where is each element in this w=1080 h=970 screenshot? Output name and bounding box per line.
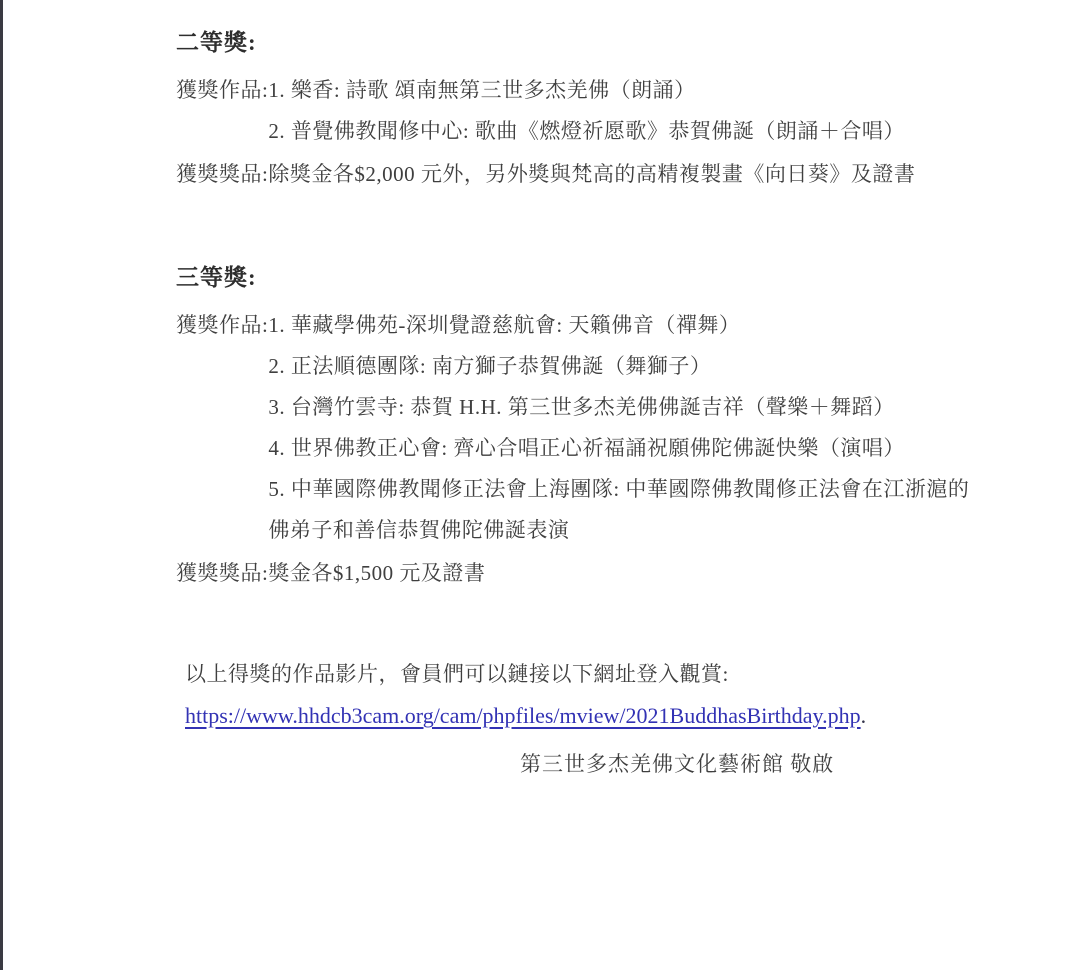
works-label: 獲獎作品: <box>176 70 268 111</box>
viewing-instructions: 以上得獎的作品影片，會員們可以鏈接以下網址登入觀賞: <box>176 654 980 695</box>
prize-label: 獲獎獎品: <box>176 553 268 594</box>
third-prize-description-wrap: 獎金各$1,500 元及證書 <box>268 553 980 594</box>
award-work-item: 1. 華藏學佛苑-深圳覺證慈航會: 天籟佛音（禪舞） <box>268 305 980 346</box>
works-label: 獲獎作品: <box>176 305 268 346</box>
second-prize-works-row: 獲獎作品: 1. 樂香: 詩歌 頌南無第三世多杰羌佛（朗誦） 2. 普覺佛教聞修… <box>176 70 980 152</box>
third-prize-heading: 三等獎: <box>176 263 980 293</box>
second-prize-heading: 二等獎: <box>176 28 980 58</box>
award-work-item: 2. 普覺佛教聞修中心: 歌曲《燃燈祈愿歌》恭賀佛誕（朗誦＋合唱） <box>268 111 980 152</box>
second-prize-prize-row: 獲獎獎品: 除獎金各$2,000 元外，另外獎與梵高的高精複製畫《向日葵》及證書 <box>176 154 980 195</box>
second-prize-works-list: 1. 樂香: 詩歌 頌南無第三世多杰羌佛（朗誦） 2. 普覺佛教聞修中心: 歌曲… <box>268 70 980 152</box>
third-prize-works-row: 獲獎作品: 1. 華藏學佛苑-深圳覺證慈航會: 天籟佛音（禪舞） 2. 正法順德… <box>176 305 980 551</box>
award-work-item: 5. 中華國際佛教聞修正法會上海團隊: 中華國際佛教聞修正法會在江浙滬的佛弟子和… <box>268 469 980 551</box>
signature-line: 第三世多杰羌佛文化藝術館 敬啟 <box>176 744 980 785</box>
award-work-item: 4. 世界佛教正心會: 齊心合唱正心祈福誦祝願佛陀佛誕快樂（演唱） <box>268 428 980 469</box>
prize-label: 獲獎獎品: <box>176 154 268 195</box>
link-line: https://www.hhdcb3cam.org/cam/phpfiles/m… <box>176 695 980 736</box>
second-prize-description-wrap: 除獎金各$2,000 元外，另外獎與梵高的高精複製畫《向日葵》及證書 <box>268 154 980 195</box>
second-prize-section: 二等獎: 獲獎作品: 1. 樂香: 詩歌 頌南無第三世多杰羌佛（朗誦） 2. 普… <box>176 28 980 195</box>
link-trailing-period: . <box>861 703 867 728</box>
third-prize-section: 三等獎: 獲獎作品: 1. 華藏學佛苑-深圳覺證慈航會: 天籟佛音（禪舞） 2.… <box>176 263 980 594</box>
award-work-item: 3. 台灣竹雲寺: 恭賀 H.H. 第三世多杰羌佛佛誕吉祥（聲樂＋舞蹈） <box>268 387 980 428</box>
award-work-item: 2. 正法順德團隊: 南方獅子恭賀佛誕（舞獅子） <box>268 346 980 387</box>
prize-description: 除獎金各$2,000 元外，另外獎與梵高的高精複製畫《向日葵》及證書 <box>268 154 980 195</box>
award-work-item: 1. 樂香: 詩歌 頌南無第三世多杰羌佛（朗誦） <box>268 70 980 111</box>
document-page: 二等獎: 獲獎作品: 1. 樂香: 詩歌 頌南無第三世多杰羌佛（朗誦） 2. 普… <box>0 0 980 785</box>
third-prize-prize-row: 獲獎獎品: 獎金各$1,500 元及證書 <box>176 553 980 594</box>
awards-video-link[interactable]: https://www.hhdcb3cam.org/cam/phpfiles/m… <box>185 703 861 728</box>
prize-description: 獎金各$1,500 元及證書 <box>268 553 980 594</box>
page-left-border <box>0 0 3 970</box>
third-prize-works-list: 1. 華藏學佛苑-深圳覺證慈航會: 天籟佛音（禪舞） 2. 正法順德團隊: 南方… <box>268 305 980 551</box>
